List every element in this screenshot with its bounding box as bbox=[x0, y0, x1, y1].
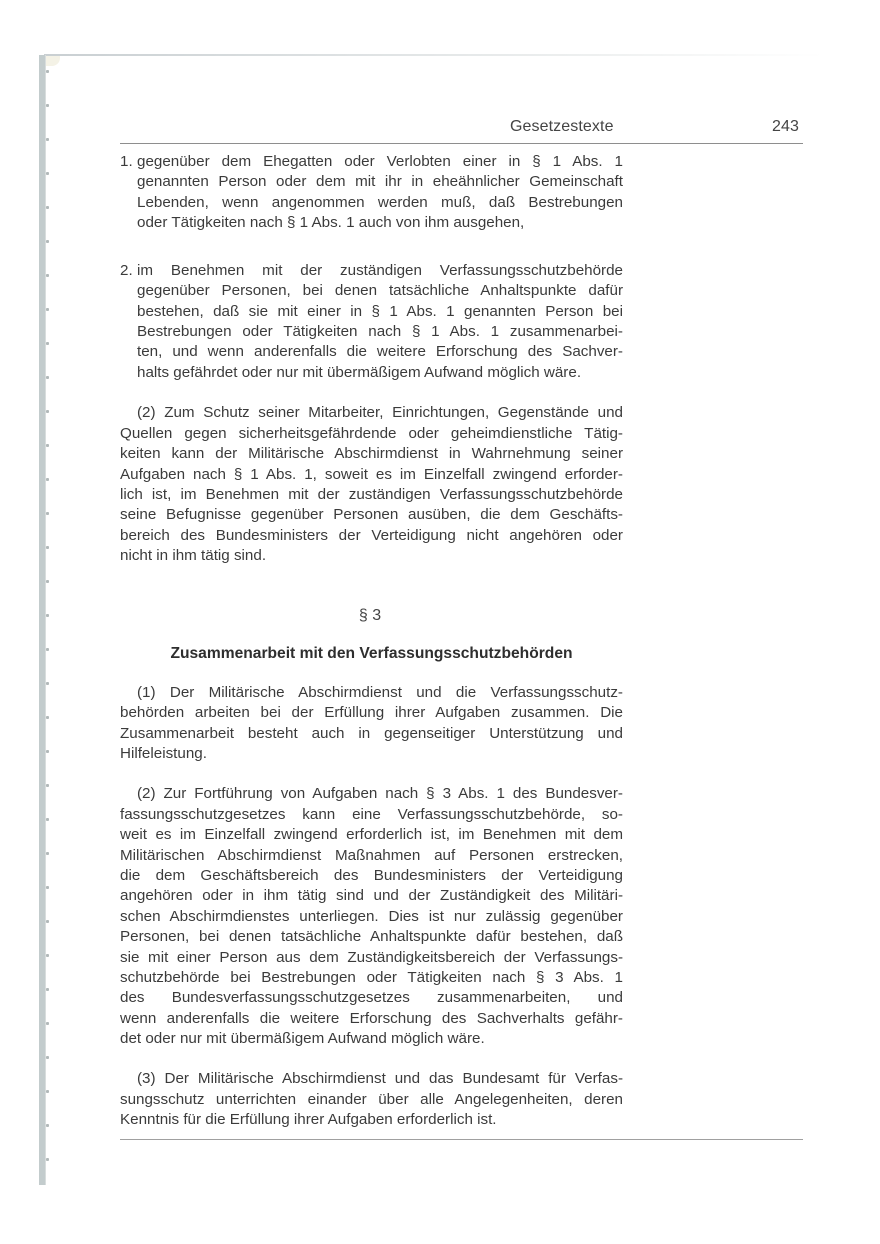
binding-mark bbox=[46, 512, 49, 515]
text-line: sungsschutz unterrichten einander über a… bbox=[120, 1090, 623, 1110]
text-line: det oder nur mit übermäßigem Aufwand mög… bbox=[120, 1029, 623, 1049]
text-line: Aufgaben nach § 1 Abs. 1, soweit es im E… bbox=[120, 465, 623, 485]
text-line: (3) Der Militärische Abschirmdienst und … bbox=[137, 1069, 623, 1089]
text-line: im Benehmen mit der zuständigen Verfassu… bbox=[137, 261, 623, 281]
text-line: schen Abschirmdienstes unterliegen. Dies… bbox=[120, 907, 623, 927]
binding-mark bbox=[46, 274, 49, 277]
text-line: keiten kann der Militärische Abschirmdie… bbox=[120, 444, 623, 464]
binding-mark bbox=[46, 988, 49, 991]
text-line: Personen, bei denen tatsächliche Anhalts… bbox=[120, 927, 623, 947]
running-head-title: Gesetzestexte bbox=[510, 118, 614, 136]
text-line: Quellen gegen sicherheitsgefährdende ode… bbox=[120, 424, 623, 444]
text-line: des Bundesverfassungsschutzgesetzes zusa… bbox=[120, 988, 623, 1008]
text-line: (2) Zur Fortführung von Aufgaben nach § … bbox=[137, 784, 623, 804]
binding-mark bbox=[46, 648, 49, 651]
text-line: genannten Person oder dem mit ihr in ehe… bbox=[137, 172, 623, 192]
text-line: ten, und wenn anderenfalls die weitere E… bbox=[137, 342, 623, 362]
binding-mark bbox=[46, 240, 49, 243]
text-line: Hilfeleistung. bbox=[120, 744, 623, 764]
text-line: behörden arbeiten bei der Erfüllung ihre… bbox=[120, 703, 623, 723]
text-line: die dem Geschäftsbereich des Bundesminis… bbox=[120, 866, 623, 886]
text-line: Militärischen Abschirmdienst Maßnahmen a… bbox=[120, 846, 623, 866]
binding-mark bbox=[46, 104, 49, 107]
page-corner bbox=[46, 56, 60, 66]
text-line: Kenntnis für die Erfüllung ihrer Aufgabe… bbox=[120, 1110, 623, 1130]
binding-mark bbox=[46, 784, 49, 787]
binding-mark bbox=[46, 1124, 49, 1127]
text-line: lich ist, im Benehmen mit der zuständige… bbox=[120, 485, 623, 505]
binding-mark bbox=[46, 546, 49, 549]
footer-rule bbox=[120, 1139, 803, 1140]
binding-mark bbox=[46, 308, 49, 311]
text-line: fassungsschutzgesetzes kann eine Verfass… bbox=[120, 805, 623, 825]
text-line: weit es im Einzelfall zwingend erforderl… bbox=[120, 825, 623, 845]
text-line: Lebenden, wenn angenommen werden muß, da… bbox=[137, 193, 623, 213]
text-line: nicht in ihm tätig sind. bbox=[120, 546, 623, 566]
binding-mark bbox=[46, 954, 49, 957]
binding-mark bbox=[46, 1090, 49, 1093]
binding-mark bbox=[46, 138, 49, 141]
text-line: seine Befugnisse gegenüber Personen ausü… bbox=[120, 505, 623, 525]
text-line: Bestrebungen oder Tätigkeiten nach § 1 A… bbox=[137, 322, 623, 342]
binding-mark bbox=[46, 920, 49, 923]
binding-mark bbox=[46, 1158, 49, 1161]
text-line: oder Tätigkeiten nach § 1 Abs. 1 auch vo… bbox=[137, 213, 623, 233]
binding-mark bbox=[46, 818, 49, 821]
binding-mark bbox=[46, 716, 49, 719]
text-line: (2) Zum Schutz seiner Mitarbeiter, Einri… bbox=[137, 403, 623, 423]
list-item-number: 1. bbox=[120, 152, 133, 172]
binding-mark bbox=[46, 478, 49, 481]
binding-mark bbox=[46, 1022, 49, 1025]
page-number: 243 bbox=[772, 118, 799, 136]
text-line: sie mit einer Person aus dem Zuständigke… bbox=[120, 948, 623, 968]
binding-mark bbox=[46, 750, 49, 753]
page-edge-shadow bbox=[44, 54, 824, 56]
text-line: angehören oder in ihm tätig sind und der… bbox=[120, 886, 623, 906]
binding-mark bbox=[46, 206, 49, 209]
binding-mark bbox=[46, 886, 49, 889]
text-line: bereich des Bundesministers der Verteidi… bbox=[120, 526, 623, 546]
binding-mark bbox=[46, 444, 49, 447]
binding-mark bbox=[46, 852, 49, 855]
binding-mark bbox=[46, 342, 49, 345]
text-line: halts gefährdet oder nur mit übermäßigem… bbox=[137, 363, 623, 383]
section-number: § 3 bbox=[0, 607, 740, 625]
binding-mark bbox=[46, 172, 49, 175]
binding-mark bbox=[46, 410, 49, 413]
text-line: Zusammenarbeit besteht auch in gegenseit… bbox=[120, 724, 623, 744]
binding-mark bbox=[46, 1056, 49, 1059]
header-rule bbox=[120, 143, 803, 144]
text-line: wenn anderenfalls die weitere Erforschun… bbox=[120, 1009, 623, 1029]
binding-mark bbox=[46, 580, 49, 583]
text-line: bestehen, daß sie mit einer in § 1 Abs. … bbox=[137, 302, 623, 322]
binding-mark bbox=[46, 682, 49, 685]
text-line: gegenüber Personen, bei denen tatsächlic… bbox=[137, 281, 623, 301]
text-line: (1) Der Militärische Abschirmdienst und … bbox=[137, 683, 623, 703]
text-line: schutzbehörde bei Bestrebungen oder Täti… bbox=[120, 968, 623, 988]
text-line: gegenüber dem Ehegatten oder Verlobten e… bbox=[137, 152, 623, 172]
binding-mark bbox=[46, 70, 49, 73]
list-item-number: 2. bbox=[120, 261, 133, 281]
section-title: Zusammenarbeit mit den Verfassungsschutz… bbox=[120, 645, 623, 663]
binding-mark bbox=[46, 376, 49, 379]
